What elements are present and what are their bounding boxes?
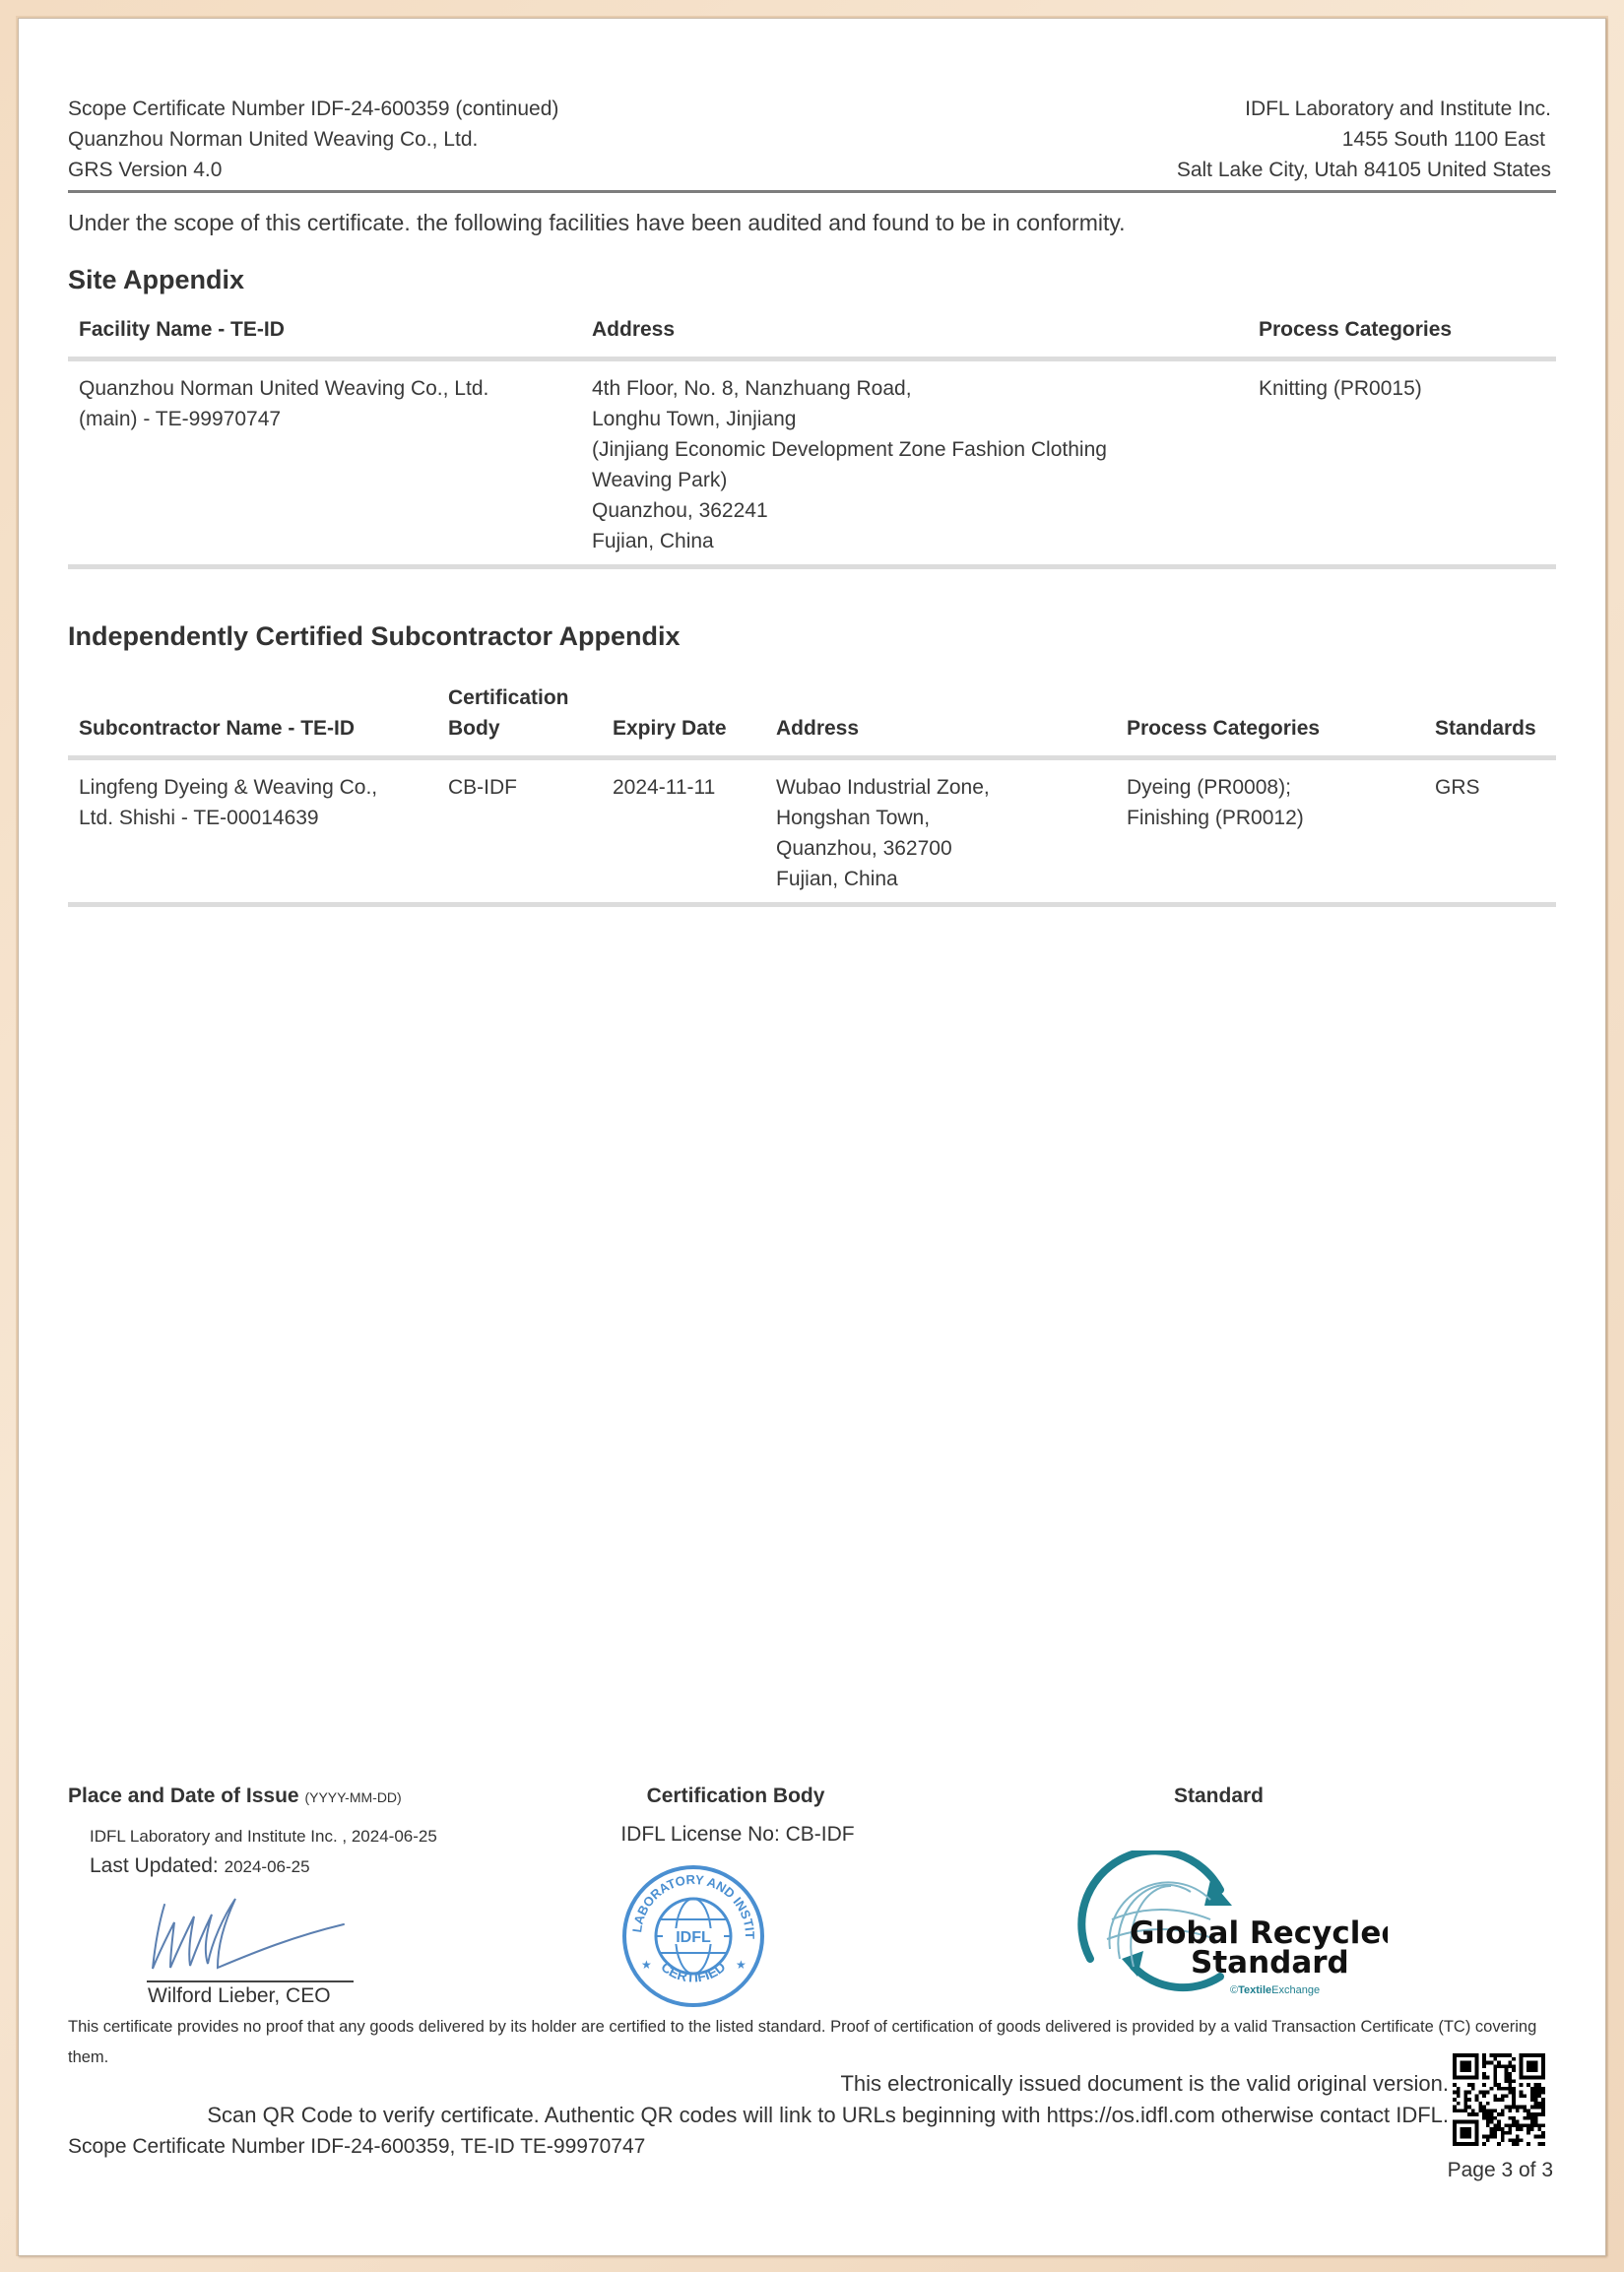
disclaimer-text: This certificate provides no proof that … xyxy=(68,2012,1556,2073)
issue-place-date: IDFL Laboratory and Institute Inc. , 202… xyxy=(90,1827,437,1847)
col-address: Address xyxy=(581,314,1248,359)
verification-qr-code-icon[interactable] xyxy=(1453,2053,1545,2146)
scope-certificate-footer: Scope Certificate Number IDF-24-600359, … xyxy=(68,2135,645,2159)
header-divider xyxy=(68,190,1556,193)
site-appendix-title: Site Appendix xyxy=(68,265,244,295)
address-line: Fujian, China xyxy=(776,864,1106,894)
col-facility: Facility Name - TE-ID xyxy=(68,314,581,359)
signer-name: Wilford Lieber, CEO xyxy=(148,1984,331,2008)
facility-teid: (main) - TE-99970747 xyxy=(79,404,571,434)
process-cell: Dyeing (PR0008); Finishing (PR0012) xyxy=(1116,758,1424,905)
last-updated-label: Last Updated: xyxy=(90,1854,219,1877)
col-standards: Standards xyxy=(1424,682,1556,758)
address-line: Fujian, China xyxy=(592,526,1238,556)
col-certification-body: Certification Body xyxy=(437,682,602,758)
idfl-certified-seal-icon: IDFL IDFL LABORATORY AND INSTITUTE CERTI… xyxy=(619,1862,767,2010)
signature-icon xyxy=(147,1895,354,1976)
certificate-page: Scope Certificate Number IDF-24-600359 (… xyxy=(18,18,1606,2256)
site-appendix-table: Facility Name - TE-ID Address Process Ca… xyxy=(68,314,1556,569)
scope-certificate-number: Scope Certificate Number IDF-24-600359 (… xyxy=(68,94,558,124)
page-number: Page 3 of 3 xyxy=(1448,2159,1553,2182)
process-category: Dyeing (PR0008); xyxy=(1127,772,1414,803)
svg-text:★: ★ xyxy=(641,1958,652,1972)
address-line: Weaving Park) xyxy=(592,465,1238,495)
issuer-city: Salt Lake City, Utah 84105 United States xyxy=(1177,155,1551,185)
process-category: Knitting (PR0015) xyxy=(1259,373,1546,404)
last-updated-value: 2024-06-25 xyxy=(225,1857,310,1876)
place-date-heading: Place and Date of Issue (YYYY-MM-DD) xyxy=(68,1785,402,1808)
svg-text:IDFL: IDFL xyxy=(676,1929,711,1946)
place-date-heading-text: Place and Date of Issue xyxy=(68,1785,299,1807)
table-row: Lingfeng Dyeing & Weaving Co., Ltd. Shis… xyxy=(68,758,1556,905)
svg-text:©TextileExchange: ©TextileExchange xyxy=(1230,1984,1320,1996)
svg-text:CERTIFIED: CERTIFIED xyxy=(658,1959,728,1985)
intro-text: Under the scope of this certificate. the… xyxy=(68,210,1126,236)
table-header-row: Facility Name - TE-ID Address Process Ca… xyxy=(68,314,1556,359)
subcontractor-name-cell: Lingfeng Dyeing & Weaving Co., Ltd. Shis… xyxy=(68,758,437,905)
address-line: (Jinjiang Economic Development Zone Fash… xyxy=(592,434,1238,465)
issuer-street: 1455 South 1100 East xyxy=(1177,124,1545,155)
address-cell: Wubao Industrial Zone, Hongshan Town, Qu… xyxy=(765,758,1116,905)
col-address: Address xyxy=(765,682,1116,758)
address-line: Wubao Industrial Zone, xyxy=(776,772,1106,803)
header-left: Scope Certificate Number IDF-24-600359 (… xyxy=(68,94,558,185)
license-number: IDFL License No: CB-IDF xyxy=(560,1823,915,1847)
address-line: Quanzhou, 362700 xyxy=(776,833,1106,864)
col-certification-body-label: Certification Body xyxy=(448,682,586,744)
address-cell: 4th Floor, No. 8, Nanzhuang Road, Longhu… xyxy=(581,359,1248,567)
company-name: Quanzhou Norman United Weaving Co., Ltd. xyxy=(68,124,558,155)
facility-cell: Quanzhou Norman United Weaving Co., Ltd.… xyxy=(68,359,581,567)
table-header-row: Subcontractor Name - TE-ID Certification… xyxy=(68,682,1556,758)
col-subcontractor-name: Subcontractor Name - TE-ID xyxy=(68,682,437,758)
cert-body-heading: Certification Body xyxy=(573,1785,898,1808)
address-line: Quanzhou, 362241 xyxy=(592,495,1238,526)
address-line: Hongshan Town, xyxy=(776,803,1106,833)
valid-original-text: This electronically issued document is t… xyxy=(840,2071,1449,2097)
subcontractor-appendix-table: Subcontractor Name - TE-ID Certification… xyxy=(68,682,1556,907)
process-category: Finishing (PR0012) xyxy=(1127,803,1414,833)
signature-line xyxy=(147,1980,354,1982)
last-updated: Last Updated: 2024-06-25 xyxy=(90,1854,310,1878)
svg-text:★: ★ xyxy=(736,1958,747,1972)
date-format-hint: (YYYY-MM-DD) xyxy=(304,1789,401,1805)
grs-version: GRS Version 4.0 xyxy=(68,155,558,185)
svg-text:Standard: Standard xyxy=(1191,1945,1349,1980)
standards-cell: GRS xyxy=(1424,758,1556,905)
table-row: Quanzhou Norman United Weaving Co., Ltd.… xyxy=(68,359,1556,567)
standard-heading: Standard xyxy=(1174,1785,1264,1808)
address-line: 4th Floor, No. 8, Nanzhuang Road, xyxy=(592,373,1238,404)
expiry-date-cell: 2024-11-11 xyxy=(602,758,765,905)
global-recycled-standard-logo-icon: Global Recycled Standard ©TextileExchang… xyxy=(1072,1850,1388,1998)
subcontractor-name: Lingfeng Dyeing & Weaving Co., xyxy=(79,772,427,803)
issuer-name: IDFL Laboratory and Institute Inc. xyxy=(1177,94,1551,124)
facility-name: Quanzhou Norman United Weaving Co., Ltd. xyxy=(79,373,571,404)
col-expiry-date: Expiry Date xyxy=(602,682,765,758)
col-process: Process Categories xyxy=(1116,682,1424,758)
scan-qr-text: Scan QR Code to verify certificate. Auth… xyxy=(207,2103,1449,2128)
address-line: Longhu Town, Jinjiang xyxy=(592,404,1238,434)
subcontractor-teid: Ltd. Shishi - TE-00014639 xyxy=(79,803,427,833)
subcontractor-appendix-title: Independently Certified Subcontractor Ap… xyxy=(68,621,681,652)
header-right: IDFL Laboratory and Institute Inc. 1455 … xyxy=(1177,94,1551,185)
cert-body-cell: CB-IDF xyxy=(437,758,602,905)
document-header: Scope Certificate Number IDF-24-600359 (… xyxy=(68,94,1556,192)
process-cell: Knitting (PR0015) xyxy=(1248,359,1556,567)
col-process: Process Categories xyxy=(1248,314,1556,359)
